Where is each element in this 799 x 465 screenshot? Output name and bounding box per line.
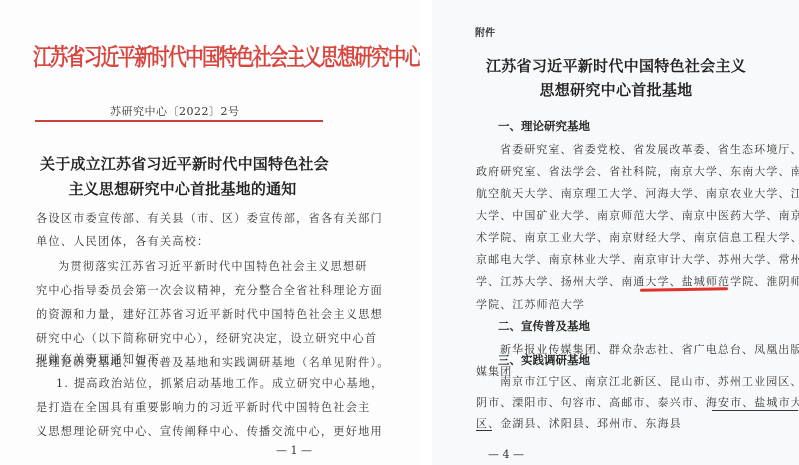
notice-title-line-1: 关于成立江苏省习近平新时代中国特色社会 [40,153,325,174]
attachment-label: 附件 [475,24,495,39]
annex-title-line-2: 思想研究中心首批基地 [476,79,756,100]
list-line: 航空航天大学、南京理工大学、河海大学、南京农业大学、江南 [476,185,799,201]
body-line: 究中心指导委员会第一次会议精神，充分整合全省社科理论方面 [36,282,383,298]
red-divider-rule [35,120,323,122]
section-heading-theory: 一、理论研究基地 [498,118,590,134]
list-line: 大学、中国矿业大学、南京师范大学、南京中医药大学、南京艺 [476,207,799,223]
left-page-notice: 江苏省习近平新时代中国特色社会主义思想研究中心 苏研究中心〔2022〕2号 关于… [0,0,420,465]
list-line: 阴市、溧阳市、句容市、高邮市、泰兴市、海安市、盐城市大丰 [476,394,799,410]
notice-title-line-2: 主义思想研究中心首批基地的通知 [40,178,325,199]
list-line: 学、江苏大学、扬州大学、南通大学、盐城师范学院、淮阴师范 [476,273,799,289]
list-line: 政府研究室、省法学会、省社科院，南京大学、东南大学、南京 [476,163,799,179]
body-line: 研究中心（以下简称研究中心），经研究决定，设立研究中心首 [36,330,377,346]
list-line: 学院、江苏师范大学 [476,296,585,312]
section-heading-publicity: 二、宣传普及基地 [498,318,590,334]
body-line: 的资源和力量，建好江苏省习近平新时代中国特色社会主义思想 [36,306,383,322]
highlight-underline-dafeng [712,410,798,411]
body-line: 是打造在全国具有重要影响力的习近平新时代中国特色社会主 [36,399,370,415]
highlight-underline-dafeng-cont [476,430,492,431]
body-line: 为贯彻落实江苏省习近平新时代中国特色社会主义思想研 [58,258,368,274]
page-number: — 4 — [488,448,524,461]
letterhead-title: 江苏省习近平新时代中国特色社会主义思想研究中心 [33,40,353,73]
annex-title-line-1: 江苏省习近平新时代中国特色社会主义 [476,55,756,76]
list-line: 省委研究室、省委党校、省发展改革委、省生态环境厅、省 [500,141,799,157]
list-line: 南京市江宁区、南京江北新区、昆山市、苏州工业园区、江 [500,373,799,389]
section-heading-practice: 三、实践调研基地 [498,352,590,368]
document-number: 苏研究中心〔2022〕2号 [110,103,240,119]
body-line: 现就有关事项通知如下。 [36,351,172,367]
page-number: — 1 — [276,444,312,457]
body-line: 义思想理论研究中心、宣传阐释中心、传播交流中心，更好地用 [36,423,383,439]
list-line: 区、金湖县、沭阳县、邳州市、东海县 [476,415,682,431]
list-line: 术学院、南京工业大学、南京财经大学、南京信息工程大学、南 [476,229,799,245]
body-line: 各设区市委宣传部、有关县（市、区）委宣传部，省各有关部门 [36,210,383,226]
body-line: 1. 提高政治站位，抓紧启动基地工作。成立研究中心基地， [56,375,384,391]
body-line: 单位、人民团体，各有关高校： [36,233,209,249]
list-line: 京邮电大学、南京林业大学、南京审计大学、苏州大学、常州大 [476,251,799,267]
